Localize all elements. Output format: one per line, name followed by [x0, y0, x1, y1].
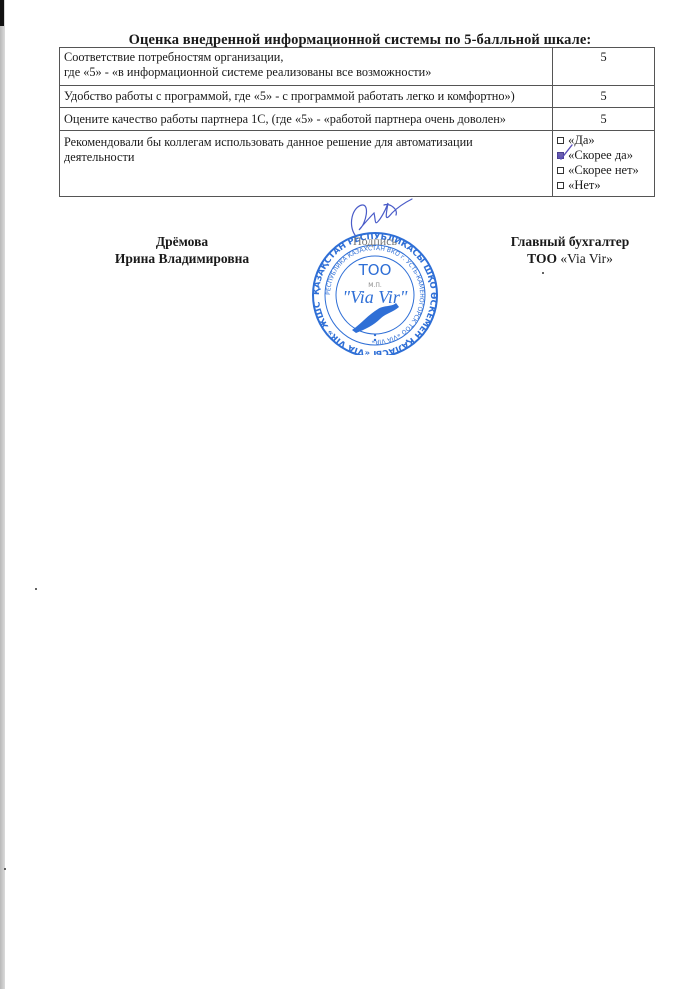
table-row: Удобство работы с программой, где «5» - … [60, 86, 655, 108]
signer-given-names: Ирина Владимировна [82, 250, 282, 267]
checkbox-checked-icon[interactable] [557, 152, 564, 159]
score-cell: 5 [553, 108, 655, 131]
company-prefix: ТОО [527, 251, 560, 266]
question-text: деятельности [64, 150, 548, 165]
question-cell: Удобство работы с программой, где «5» - … [60, 86, 553, 108]
question-cell: Рекомендовали бы коллегам использовать д… [60, 131, 553, 197]
question-text: Соответствие потребностям организации, [64, 50, 548, 65]
handwritten-signature [351, 199, 412, 235]
scan-speck [4, 868, 6, 870]
option-label: «Скорее да» [568, 148, 633, 163]
checkbox-empty-icon[interactable] [557, 137, 564, 144]
options-cell: «Да» «Скорее да» «Скорее нет» « [553, 131, 655, 197]
checkbox-empty-icon[interactable] [557, 182, 564, 189]
company-name: «Via Vir» [560, 251, 613, 266]
company-stamp-icon: ҚАЗАҚСТАН РЕСПУБЛИКАСЫ ШҚО ӨСКЕМЕН ҚАЛАС… [300, 195, 450, 355]
question-text: Рекомендовали бы коллегам использовать д… [64, 135, 548, 150]
scan-edge-dark-mark [0, 0, 4, 26]
score-cell: 5 [553, 86, 655, 108]
signer-name: Дрёмова Ирина Владимировна [82, 233, 282, 267]
scanned-document-page: Оценка внедренной информационной системы… [0, 0, 700, 989]
question-cell: Оцените качество работы партнера 1С, (гд… [60, 108, 553, 131]
option-net[interactable]: «Нет» [557, 178, 650, 193]
table-row: Оцените качество работы партнера 1С, (гд… [60, 108, 655, 131]
scan-speck [542, 272, 544, 274]
signer-position-title: Главный бухгалтер [470, 233, 670, 250]
signer-company: ТОО «Via Vir» [470, 250, 670, 267]
option-label: «Да» [568, 133, 595, 148]
signer-surname: Дрёмова [82, 233, 282, 250]
option-skoree-da[interactable]: «Скорее да» [557, 148, 650, 163]
scan-edge-shadow [0, 0, 5, 989]
option-da[interactable]: «Да» [557, 133, 650, 148]
option-label: «Скорее нет» [568, 163, 639, 178]
score-cell: 5 [553, 48, 655, 86]
table-row: Соответствие потребностям организации, г… [60, 48, 655, 86]
question-text: где «5» - «в информационной системе реал… [64, 65, 548, 80]
checkbox-empty-icon[interactable] [557, 167, 564, 174]
option-label: «Нет» [568, 178, 601, 193]
scan-speck [35, 588, 37, 590]
table-row: Рекомендовали бы коллегам использовать д… [60, 131, 655, 197]
svg-text:Подпись: Подпись [353, 234, 398, 248]
svg-text:"Via Vir": "Via Vir" [343, 287, 408, 307]
option-skoree-net[interactable]: «Скорее нет» [557, 163, 650, 178]
signer-position: Главный бухгалтер ТОО «Via Vir» [470, 233, 670, 267]
question-cell: Соответствие потребностям организации, г… [60, 48, 553, 86]
evaluation-table: Соответствие потребностям организации, г… [59, 47, 655, 197]
svg-text:ТОО: ТОО [358, 261, 392, 279]
